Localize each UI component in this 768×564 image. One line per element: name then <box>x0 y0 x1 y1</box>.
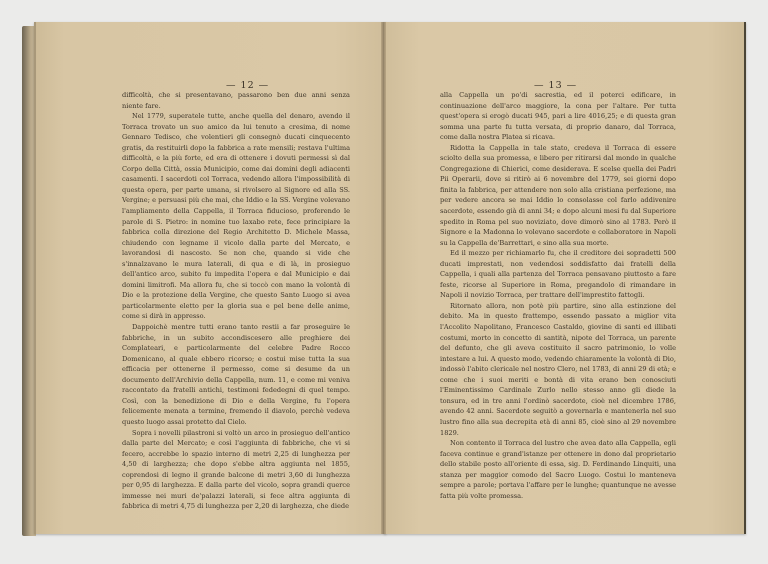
paragraph: alla Cappella un po'di sacrestia, ed il … <box>440 90 676 143</box>
left-page: — 12 — difficoltà, che si presentavano, … <box>34 22 386 534</box>
open-book: — 12 — difficoltà, che si presentavano, … <box>22 22 746 540</box>
paragraph: Sopra i novelli pilastroni si voltò un a… <box>122 428 350 512</box>
paragraph: Dappoichè mentre tutti erano tanto resti… <box>122 322 350 427</box>
paragraph: Non contento il Torraca del lustro che a… <box>440 438 676 501</box>
paragraph: Nel 1779, superatele tutte, anche quella… <box>122 111 350 322</box>
page-text: alla Cappella un po'di sacrestia, ed il … <box>440 90 676 501</box>
paragraph: Ridotta la Cappella in tale stato, crede… <box>440 143 676 248</box>
right-page: — 13 — alla Cappella un po'di sacrestia,… <box>384 22 746 534</box>
paragraph: difficoltà, che si presentavano, passaro… <box>122 90 350 111</box>
paragraph: Ritornato allora, non potè più partire, … <box>440 301 676 438</box>
paragraph: Ed il mezzo per richiamarlo fu, che il c… <box>440 248 676 301</box>
page-text: difficoltà, che si presentavano, passaro… <box>122 90 350 512</box>
book-spine-gutter <box>381 22 386 534</box>
